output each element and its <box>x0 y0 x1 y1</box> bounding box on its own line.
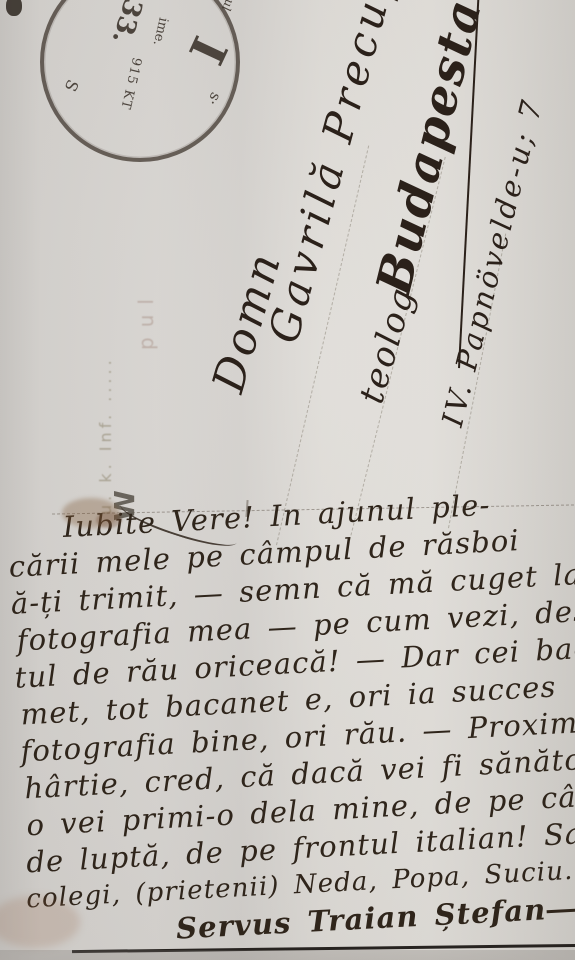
message-block: Iubite Vere! In ajunul ple- cării mele p… <box>6 480 575 956</box>
faint-letter-column: pul <box>134 289 158 350</box>
ink-stain <box>96 512 122 528</box>
address-recipient-title: teolog <box>352 282 423 408</box>
postcard-scan: 33. 915 KT ime. I S s· ul u. k. Inf. ...… <box>0 0 575 960</box>
signature-flourish-stroke <box>546 903 575 913</box>
corner-ink-mark <box>6 0 22 16</box>
scan-bottom-edge-shadow <box>0 950 575 960</box>
